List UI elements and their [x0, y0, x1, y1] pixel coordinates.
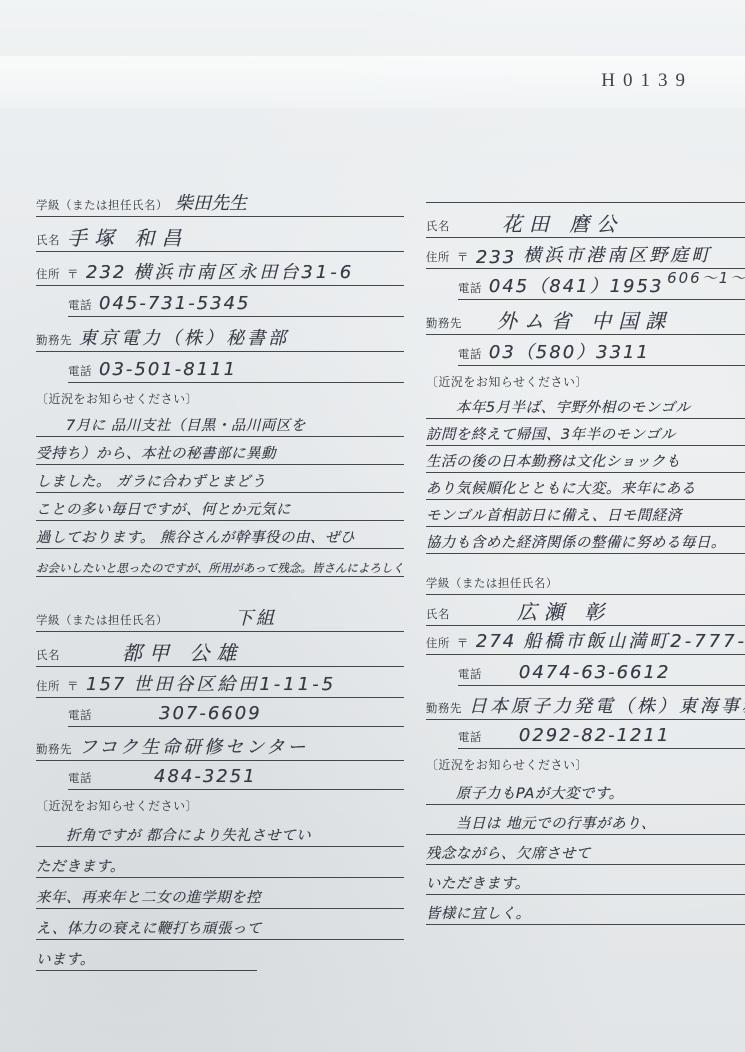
workplace-label: 勤務先	[36, 332, 72, 351]
address-row: 住所 〒 232 横浜市南区永田台31-6	[36, 252, 404, 286]
phone-label: 電話	[458, 346, 482, 365]
class-row: 学級（または担任氏名） 下組	[36, 603, 404, 632]
document-code: H0139	[601, 70, 693, 92]
workplace-row: 勤務先 フコク生命研修センター	[36, 727, 404, 761]
work-phone-row: 電話 0292-82-1211	[458, 720, 745, 749]
name-row: 氏名 広瀬 彰	[426, 595, 745, 626]
workplace-row: 勤務先 外ム省 中国課	[426, 300, 745, 335]
work-phone-row: 電話 03-501-8111	[68, 352, 404, 383]
postal-mark: 〒	[457, 635, 469, 654]
form-entry-2: 氏名 花田 麿公 住所 〒 233 横浜市港南区野庭町 電話 045（841）1…	[426, 188, 745, 554]
workplace-label: 勤務先	[36, 741, 72, 760]
name-value: 手塚 和昌	[67, 228, 188, 251]
note-line: モンゴル首相訪日に備え、日モ間経済	[426, 500, 745, 527]
news-prompt: 〔近況をお知らせください〕	[426, 373, 745, 390]
postal-value: 274	[476, 633, 516, 654]
address-value: 横浜市港南区野庭町	[523, 247, 712, 268]
news-prompt: 〔近況をお知らせください〕	[426, 756, 745, 773]
note-line: 皆様に宜しく。	[426, 895, 745, 925]
address-value: 横浜市南区永田台31-6	[133, 264, 354, 285]
class-label: 学級（または担任氏名）	[426, 575, 558, 594]
name-row: 氏名 花田 麿公	[426, 203, 745, 238]
phone-label: 電話	[458, 729, 482, 748]
address-label: 住所	[426, 635, 450, 654]
work-phone-value: 03-501-8111	[99, 361, 237, 382]
phone-value: 307-6609	[159, 705, 262, 726]
news-prompt: 〔近況をお知らせください〕	[36, 797, 404, 814]
name-label: 氏名	[426, 606, 450, 625]
note-line: 訪問を終えて帰国、3年半のモンゴル	[426, 419, 745, 446]
phone-row: 電話 045-731-5345	[68, 286, 404, 317]
note-line: 残念ながら、欠席させて	[426, 835, 745, 865]
address-label: 住所	[36, 678, 60, 697]
class-row: 学級（または担任氏名）	[426, 572, 745, 595]
workplace-row: 勤務先 日本原子力発電（株）東海事務所	[426, 686, 745, 720]
work-phone-value: 484-3251	[154, 768, 257, 789]
workplace-value: 日本原子力発電（株）東海事務所	[469, 698, 745, 719]
class-value: 下組	[235, 610, 277, 631]
scanned-form-sheet: 学級（または担任氏名） 柴田先生 氏名 手塚 和昌 住所 〒 232 横浜市南区…	[36, 188, 723, 971]
work-phone-row: 電話 484-3251	[68, 761, 404, 790]
phone-label: 電話	[68, 707, 92, 726]
note-line: お会いしたいと思ったのですが、所用があって残念。皆さんによろしく	[36, 549, 404, 577]
postal-value: 157	[86, 676, 126, 697]
workplace-value: フコク生命研修センター	[79, 739, 308, 760]
postal-mark: 〒	[457, 249, 469, 268]
note-line: 原子力もPAが大変です。	[426, 775, 745, 805]
address-row: 住所 〒 233 横浜市港南区野庭町	[426, 238, 745, 269]
workplace-label: 勤務先	[426, 315, 462, 334]
name-value: 都甲 公雄	[122, 643, 243, 666]
address-overflow-value: 606〜1〜143	[667, 267, 745, 288]
postal-mark: 〒	[67, 266, 79, 285]
address-label: 住所	[426, 249, 450, 268]
note-line: 来年、再来年と二女の進学期を控	[36, 878, 404, 909]
right-column: 氏名 花田 麿公 住所 〒 233 横浜市港南区野庭町 電話 045（841）1…	[426, 188, 745, 971]
phone-label: 電話	[458, 666, 482, 685]
left-column: 学級（または担任氏名） 柴田先生 氏名 手塚 和昌 住所 〒 232 横浜市南区…	[36, 188, 404, 971]
phone-label: 電話	[68, 770, 92, 789]
note-line: 当日は 地元での行事があり、	[426, 805, 745, 835]
note-line: しました。 ガラに合わずとまどう	[36, 465, 404, 493]
phone-row: 電話 045（841）1953 606〜1〜143	[458, 269, 745, 300]
phone-label: 電話	[458, 280, 482, 299]
note-line: 本年5月半ば、宇野外相のモンゴル	[426, 392, 745, 419]
address-label: 住所	[36, 266, 60, 285]
workplace-label: 勤務先	[426, 700, 462, 719]
address-value: 世田谷区給田1-11-5	[133, 676, 336, 697]
form-entry-4: 学級（または担任氏名） 氏名 広瀬 彰 住所 〒 274 船橋市飯山満町2-77…	[426, 572, 745, 925]
address-row: 住所 〒 157 世田谷区給田1-11-5	[36, 667, 404, 698]
postal-value: 233	[476, 249, 516, 270]
name-row: 氏名 都甲 公雄	[36, 632, 404, 667]
note-line: 折角ですが 都合により失礼させてい	[36, 816, 404, 847]
note-line: あり気候順化とともに大変。来年にある	[426, 473, 745, 500]
note-line: ことの多い毎日ですが、何とか元気に	[36, 493, 404, 521]
workplace-value: 東京電力（株）秘書部	[79, 330, 289, 351]
class-value: 柴田先生	[175, 195, 247, 216]
address-value: 船橋市飯山満町2-777-9	[523, 633, 745, 654]
address-row: 住所 〒 274 船橋市飯山満町2-777-9	[426, 626, 745, 655]
work-phone-value: 03（580）3311	[489, 344, 650, 365]
name-row: 氏名 手塚 和昌	[36, 217, 404, 252]
phone-value: 045-731-5345	[99, 295, 251, 316]
class-row	[426, 188, 745, 203]
class-row: 学級（または担任氏名） 柴田先生	[36, 188, 404, 217]
phone-row: 電話 0474-63-6612	[458, 655, 745, 686]
name-value: 花田 麿公	[502, 214, 623, 237]
phone-value: 0474-63-6612	[519, 664, 671, 685]
news-prompt: 〔近況をお知らせください〕	[36, 390, 404, 407]
name-label: 氏名	[36, 647, 60, 666]
note-line: 過しております。 熊谷さんが幹事役の由、ぜひ	[36, 521, 404, 549]
workplace-row: 勤務先 東京電力（株）秘書部	[36, 317, 404, 352]
phone-label: 電話	[68, 297, 92, 316]
name-label: 氏名	[36, 232, 60, 251]
form-entry-3: 学級（または担任氏名） 下組 氏名 都甲 公雄 住所 〒 157 世田谷区給田1…	[36, 603, 404, 971]
note-line: 7月に 品川支社（目黒・品川両区を	[36, 409, 404, 437]
class-label: 学級（または担任氏名）	[36, 612, 168, 631]
note-line: います。	[36, 940, 257, 971]
phone-row: 電話 307-6609	[68, 698, 404, 727]
note-line: 生活の後の日本勤務は文化ショックも	[426, 446, 745, 473]
work-phone-row: 電話 03（580）3311	[458, 335, 745, 366]
postal-value: 232	[86, 264, 126, 285]
note-line: 協力も含めた経済関係の整備に努める毎日。	[426, 527, 745, 554]
work-phone-value: 0292-82-1211	[519, 727, 671, 748]
postal-mark: 〒	[67, 678, 79, 697]
phone-value: 045（841）1953	[489, 278, 664, 299]
note-line: いただきます。	[426, 865, 745, 895]
note-line: え、体力の衰えに鞭打ち頑張って	[36, 909, 404, 940]
name-value: 広瀬 彰	[517, 602, 611, 625]
workplace-value: 外ム省 中国課	[497, 311, 672, 334]
note-line: ただきます。	[36, 847, 404, 878]
class-label: 学級（または担任氏名）	[36, 197, 168, 216]
note-line: 受持ち）から、本社の秘書部に異動	[36, 437, 404, 465]
name-label: 氏名	[426, 218, 450, 237]
phone-label: 電話	[68, 363, 92, 382]
form-entry-1: 学級（または担任氏名） 柴田先生 氏名 手塚 和昌 住所 〒 232 横浜市南区…	[36, 188, 404, 577]
